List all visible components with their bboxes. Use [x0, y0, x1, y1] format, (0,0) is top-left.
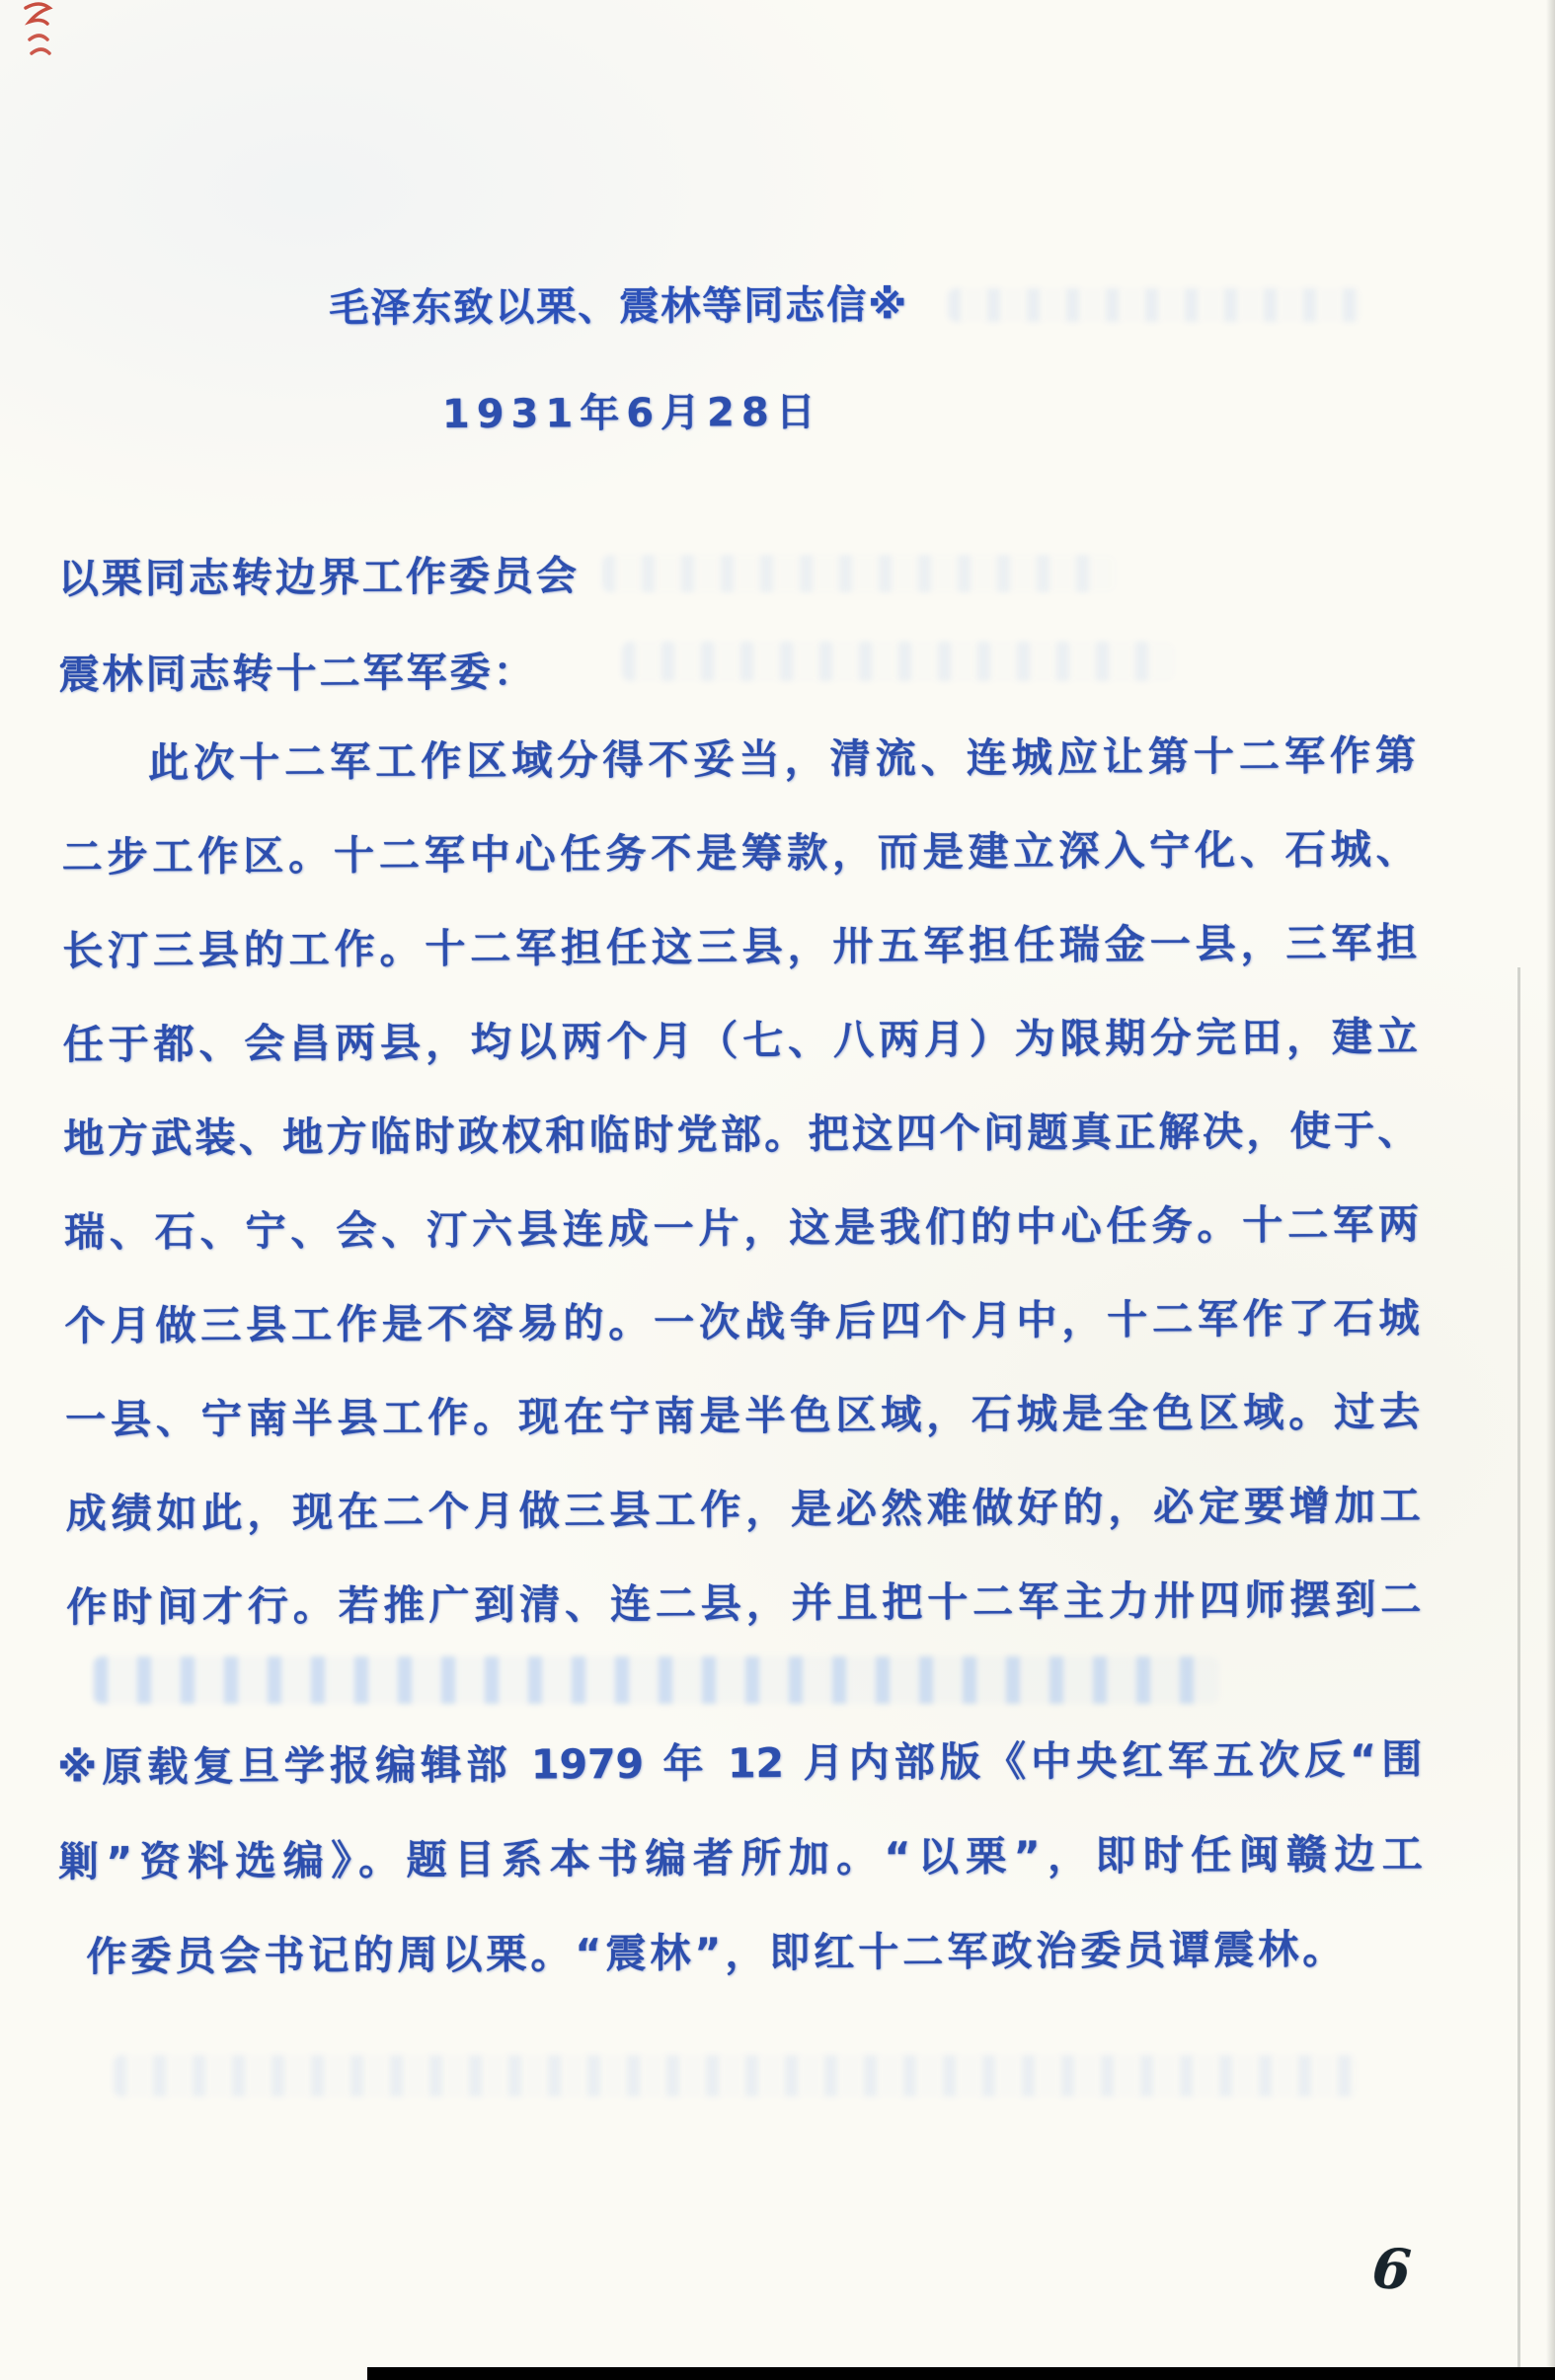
body-line: 长汀三县的工作。十二军担任这三县，卅五军担任瑞金一县，三军担: [62, 917, 1418, 1019]
faded-ink-line: [114, 2055, 1358, 2097]
page-edge-shadow: [1546, 0, 1555, 2380]
document-title: 毛泽东致以栗、震林等同志信※: [329, 273, 908, 334]
faded-ink-smudge: [622, 642, 1175, 681]
body-line: 此次十二军工作区域分得不妥当，清流、连城应让第十二军作第: [61, 729, 1417, 831]
footnote-line: 剿”资料选编》。题目系本书编者所加。“以栗”，即时任闽赣边工: [58, 1828, 1424, 1931]
body-line: 二步工作区。十二军中心任务不是筹款，而是建立深入宁化、石城、: [62, 823, 1418, 925]
body-line: 成绩如此，现在二个月做三县工作，是必然难做好的，必定要增加工: [66, 1480, 1422, 1581]
footnote-line: 作委员会书记的周以栗。“震林”，即红十二军政治委员谭震林。: [58, 1923, 1424, 2026]
scanner-black-bar: [367, 2367, 1555, 2380]
body-line: 地方武装、地方临时政权和临时党部。把这四个问题真正解决，使于、: [63, 1105, 1419, 1206]
document-date: 1931年6月28日: [442, 381, 822, 439]
faded-ink-smudge: [602, 555, 1116, 592]
body-line: 任于都、会昌两县，均以两个月（七、八两月）为限期分完田，建立: [63, 1011, 1419, 1113]
body-line: 个月做三县工作是不容易的。一次战争后四个月中，十二军作了石城: [64, 1292, 1420, 1394]
body-line: 瑞、石、宁、会、汀六县连成一片，这是我们的中心任务。十二军两: [64, 1198, 1420, 1300]
letter-body: 此次十二军工作区域分得不妥当，清流、连城应让第十二军作第 二步工作区。十二军中心…: [61, 729, 1422, 1675]
page-edge-streak: [1517, 967, 1520, 2380]
handwritten-page-number: 6: [1370, 2236, 1413, 2304]
letter-content: 毛泽东致以栗、震林等同志信※ 1931年6月28日 以栗同志转边界工作委员会 震…: [0, 0, 1555, 2380]
faded-ink-line: [94, 1656, 1219, 1704]
body-line: 一县、宁南半县工作。现在宁南是半色区域，石城是全色区域。过去: [65, 1386, 1421, 1488]
scanned-document-page: 毛泽东致以栗、震林等同志信※ 1931年6月28日 以栗同志转边界工作委员会 震…: [0, 0, 1555, 2380]
footnote-line: ※原载复旦学报编辑部 1979 年 12 月内部版《中央红军五次反“围: [57, 1733, 1423, 1836]
faded-ink-smudge: [948, 288, 1362, 322]
editorial-footnote: ※原载复旦学报编辑部 1979 年 12 月内部版《中央红军五次反“围 剿”资料…: [57, 1733, 1424, 2026]
